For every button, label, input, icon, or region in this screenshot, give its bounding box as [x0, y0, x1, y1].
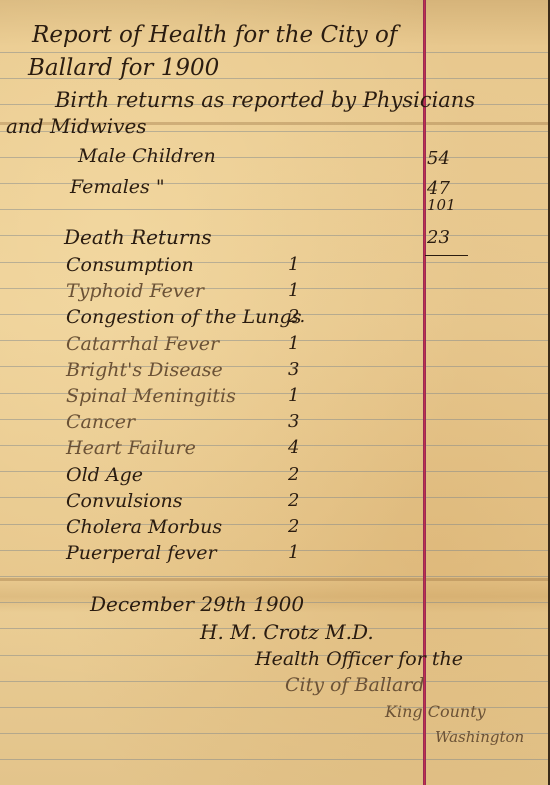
- births-female-label: Females ": [70, 176, 165, 198]
- signature-title-2: City of Ballard: [285, 674, 425, 696]
- deaths-total: 23: [427, 227, 450, 248]
- death-count: 3: [288, 359, 299, 380]
- signature-county: King County: [385, 702, 486, 721]
- death-cause: Heart Failure: [66, 437, 196, 459]
- ruled-line: [0, 576, 548, 577]
- report-date: December 29th 1900: [90, 592, 304, 616]
- death-count: 1: [288, 385, 299, 406]
- death-count: 2: [288, 516, 299, 537]
- ruled-line: [0, 759, 548, 760]
- ruled-line: [0, 52, 548, 53]
- death-count: 4: [288, 437, 299, 458]
- subtitle-line-2: and Midwives: [6, 114, 147, 138]
- death-count: 1: [288, 542, 299, 563]
- signature: H. M. Crotz M.D.: [200, 620, 374, 644]
- death-cause: Puerperal fever: [66, 542, 217, 564]
- death-count: 2: [288, 490, 299, 511]
- title-line-1: Report of Health for the City of: [32, 22, 397, 48]
- death-count: 2.: [288, 306, 305, 327]
- births-male-value: 54: [427, 148, 450, 169]
- death-count: 2: [288, 464, 299, 485]
- signature-title-1: Health Officer for the: [255, 648, 463, 670]
- death-cause: Spinal Meningitis: [66, 385, 236, 407]
- title-line-2: Ballard for 1900: [28, 55, 219, 81]
- deaths-heading: Death Returns: [64, 225, 212, 249]
- paper-fold: [0, 578, 548, 581]
- death-count: 1: [288, 333, 299, 354]
- death-cause: Cholera Morbus: [66, 516, 222, 538]
- death-cause: Bright's Disease: [66, 359, 223, 381]
- death-cause: Catarrhal Fever: [66, 333, 219, 355]
- ruled-line: [0, 209, 548, 210]
- signature-state: Washington: [435, 728, 524, 746]
- subtitle-line-1: Birth returns as reported by Physicians: [55, 88, 475, 112]
- ruled-line: [0, 681, 548, 682]
- death-cause: Typhoid Fever: [66, 280, 204, 302]
- death-cause: Convulsions: [66, 490, 183, 512]
- births-total: 101: [427, 196, 456, 214]
- death-cause: Old Age: [66, 464, 143, 486]
- death-cause: Consumption: [66, 254, 194, 276]
- death-count: 3: [288, 411, 299, 432]
- death-count: 1: [288, 280, 299, 301]
- total-underline: [425, 255, 468, 256]
- births-male-label: Male Children: [78, 145, 216, 167]
- death-count: 1: [288, 254, 299, 275]
- death-cause: Congestion of the Lungs: [66, 306, 301, 328]
- handwritten-report-page: Report of Health for the City of Ballard…: [0, 0, 548, 785]
- death-cause: Cancer: [66, 411, 135, 433]
